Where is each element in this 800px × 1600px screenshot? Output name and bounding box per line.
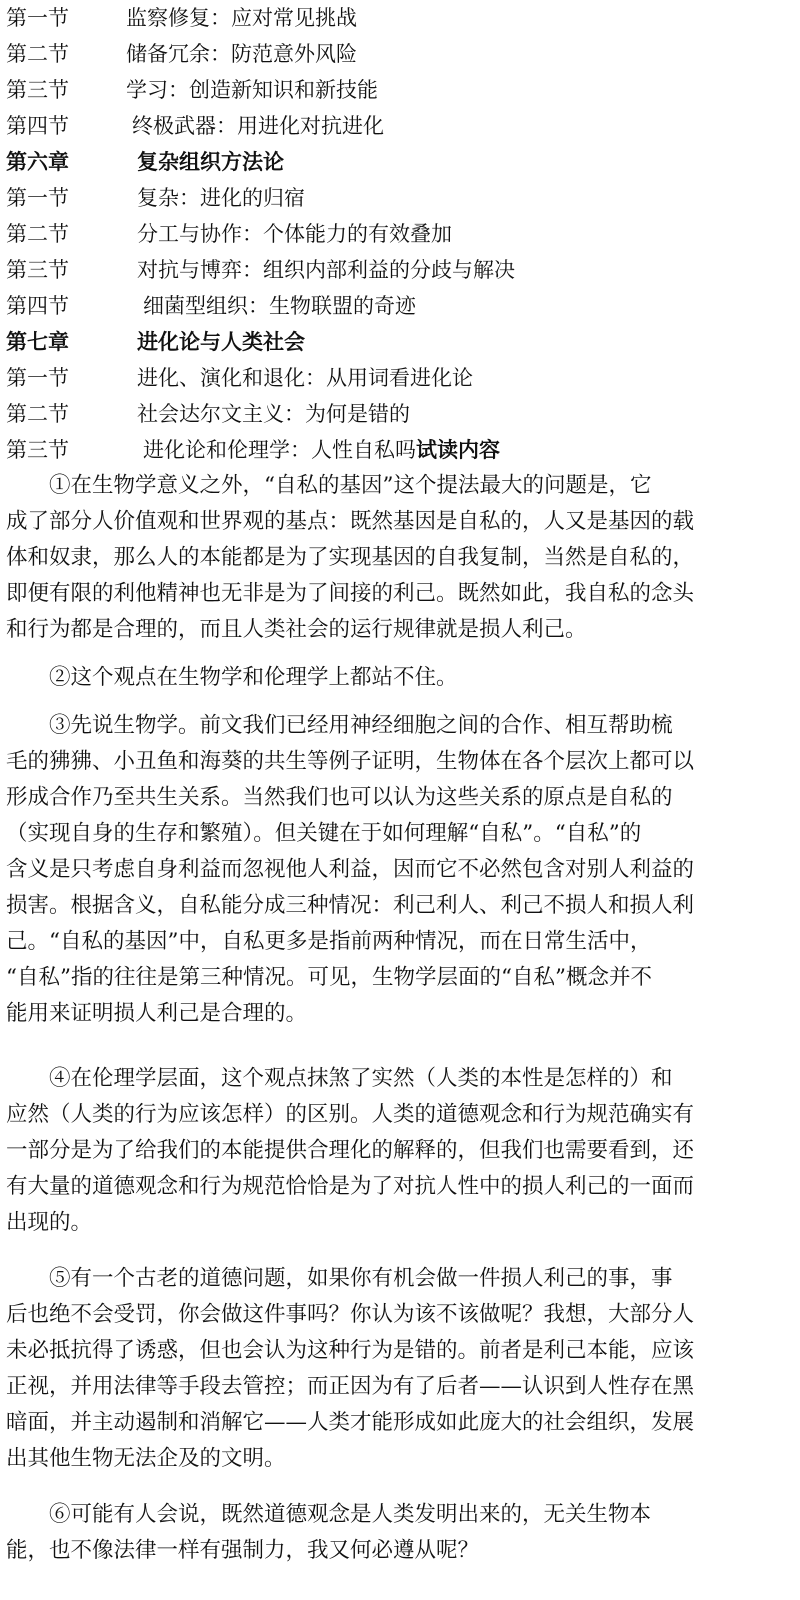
- paragraph-line: ⑤有一个古老的道德问题，如果你有机会做一件损人利己的事，事: [6, 1261, 786, 1297]
- paragraph-line: 后也绝不会受罚，你会做这件事吗？你认为该不该做呢？我想，大部分人: [6, 1297, 786, 1333]
- toc-section[interactable]: 第四节细菌型组织：生物联盟的奇迹: [6, 291, 796, 321]
- toc-title-text: 储备冗余：防范意外风险: [126, 42, 357, 66]
- toc-section[interactable]: 第四节终极武器：用进化对抗进化: [6, 111, 796, 141]
- paragraph: ⑥可能有人会说，既然道德观念是人类发明出来的，无关生物本能，也不像法律一样有强制…: [6, 1497, 786, 1569]
- toc-title-text: 进化、演化和退化：从用词看进化论: [137, 366, 473, 390]
- toc-number: 第三节: [6, 75, 69, 105]
- toc-number: 第六章: [6, 147, 69, 177]
- toc-section[interactable]: 第一节复杂：进化的归宿: [6, 183, 796, 213]
- toc-title: 复杂：进化的归宿: [137, 183, 305, 213]
- toc-number: 第二节: [6, 39, 69, 69]
- toc-number: 第一节: [6, 363, 69, 393]
- toc-title-text: 学习：创造新知识和新技能: [126, 78, 378, 102]
- toc-number: 第一节: [6, 3, 69, 33]
- toc-title-text: 进化论与人类社会: [137, 329, 305, 354]
- toc-title-text: 细菌型组织：生物联盟的奇迹: [143, 294, 416, 318]
- toc-number: 第二节: [6, 399, 69, 429]
- toc-section[interactable]: 第三节进化论和伦理学：人性自私吗试读内容: [6, 435, 796, 465]
- toc-title: 进化论和伦理学：人性自私吗试读内容: [143, 435, 500, 465]
- paragraph-line: 暗面，并主动遏制和消解它——人类才能形成如此庞大的社会组织，发展: [6, 1405, 786, 1441]
- toc-section[interactable]: 第一节监察修复：应对常见挑战: [6, 3, 796, 33]
- toc-title: 进化、演化和退化：从用词看进化论: [137, 363, 473, 393]
- paragraph-line: 形成合作乃至共生关系。当然我们也可以认为这些关系的原点是自私的: [6, 780, 786, 816]
- toc-title: 监察修复：应对常见挑战: [126, 3, 357, 33]
- toc-chapter[interactable]: 第七章进化论与人类社会: [6, 327, 796, 357]
- paragraph-line: ④在伦理学层面，这个观点抹煞了实然（人类的本性是怎样的）和: [6, 1061, 786, 1097]
- paragraph: ④在伦理学层面，这个观点抹煞了实然（人类的本性是怎样的）和应然（人类的行为应该怎…: [6, 1061, 786, 1241]
- paragraph-line: （实现自身的生存和繁殖）。但关键在于如何理解“自私”。“自私”的: [6, 816, 786, 852]
- paragraph-line: ①在生物学意义之外，“自私的基因”这个提法最大的问题是，它: [6, 468, 786, 504]
- toc-title: 学习：创造新知识和新技能: [126, 75, 378, 105]
- toc-title: 储备冗余：防范意外风险: [126, 39, 357, 69]
- paragraph-line: 成了部分人价值观和世界观的基点：既然基因是自私的，人又是基因的载: [6, 504, 786, 540]
- toc-title-text: 复杂：进化的归宿: [137, 186, 305, 210]
- toc-title-text: 监察修复：应对常见挑战: [126, 6, 357, 30]
- paragraph: ⑤有一个古老的道德问题，如果你有机会做一件损人利己的事，事后也绝不会受罚，你会做…: [6, 1261, 786, 1477]
- paragraph-line: 损害。根据含义，自私能分成三种情况：利己利人、利己不损人和损人利: [6, 888, 786, 924]
- toc-title-text: 复杂组织方法论: [137, 149, 284, 174]
- paragraph-line: 未必抵抗得了诱惑，但也会认为这种行为是错的。前者是利己本能，应该: [6, 1333, 786, 1369]
- toc-title-text: 分工与协作：个体能力的有效叠加: [137, 222, 452, 246]
- toc-title: 社会达尔文主义：为何是错的: [137, 399, 410, 429]
- toc-title: 分工与协作：个体能力的有效叠加: [137, 219, 452, 249]
- paragraph-line: 含义是只考虑自身利益而忽视他人利益，因而它不必然包含对别人利益的: [6, 852, 786, 888]
- toc-title: 终极武器：用进化对抗进化: [132, 111, 384, 141]
- paragraph-line: 毛的狒狒、小丑鱼和海葵的共生等例子证明，生物体在各个层次上都可以: [6, 744, 786, 780]
- toc-number: 第四节: [6, 291, 69, 321]
- toc-title: 对抗与博弈：组织内部利益的分歧与解决: [137, 255, 515, 285]
- paragraph: ②这个观点在生物学和伦理学上都站不住。: [6, 660, 786, 696]
- paragraph-line: 即便有限的利他精神也无非是为了间接的利己。既然如此，我自私的念头: [6, 576, 786, 612]
- paragraph-line: 和行为都是合理的，而且人类社会的运行规律就是损人利己。: [6, 612, 786, 648]
- toc-section[interactable]: 第三节学习：创造新知识和新技能: [6, 75, 796, 105]
- paragraph: ③先说生物学。前文我们已经用神经细胞之间的合作、相互帮助梳毛的狒狒、小丑鱼和海葵…: [6, 708, 786, 1032]
- toc-number: 第三节: [6, 435, 69, 465]
- paragraph: ①在生物学意义之外，“自私的基因”这个提法最大的问题是，它成了部分人价值观和世界…: [6, 468, 786, 648]
- toc-number: 第一节: [6, 183, 69, 213]
- toc-section[interactable]: 第二节社会达尔文主义：为何是错的: [6, 399, 796, 429]
- paragraph-line: ⑥可能有人会说，既然道德观念是人类发明出来的，无关生物本: [6, 1497, 786, 1533]
- toc-number: 第三节: [6, 255, 69, 285]
- toc-number: 第四节: [6, 111, 69, 141]
- paragraph-line: 己。“自私的基因”中，自私更多是指前两种情况，而在日常生活中，: [6, 924, 786, 960]
- toc-title: 细菌型组织：生物联盟的奇迹: [143, 291, 416, 321]
- toc-title-text: 终极武器：用进化对抗进化: [132, 114, 384, 138]
- trial-read-tag[interactable]: 试读内容: [416, 437, 500, 462]
- paragraph-line: 能用来证明损人利己是合理的。: [6, 996, 786, 1032]
- paragraph-line: “自私”指的往往是第三种情况。可见，生物学层面的“自私”概念并不: [6, 960, 786, 996]
- paragraph-line: 出其他生物无法企及的文明。: [6, 1441, 786, 1477]
- toc-title-text: 社会达尔文主义：为何是错的: [137, 402, 410, 426]
- toc-number: 第二节: [6, 219, 69, 249]
- toc-chapter[interactable]: 第六章复杂组织方法论: [6, 147, 796, 177]
- toc-section[interactable]: 第三节对抗与博弈：组织内部利益的分歧与解决: [6, 255, 796, 285]
- paragraph-line: 应然（人类的行为应该怎样）的区别。人类的道德观念和行为规范确实有: [6, 1097, 786, 1133]
- paragraph-line: 有大量的道德观念和行为规范恰恰是为了对抗人性中的损人利己的一面而: [6, 1169, 786, 1205]
- paragraph-line: ③先说生物学。前文我们已经用神经细胞之间的合作、相互帮助梳: [6, 708, 786, 744]
- paragraph-line: 体和奴隶，那么人的本能都是为了实现基因的自我复制，当然是自私的，: [6, 540, 786, 576]
- toc-section[interactable]: 第二节分工与协作：个体能力的有效叠加: [6, 219, 796, 249]
- toc-section[interactable]: 第一节进化、演化和退化：从用词看进化论: [6, 363, 796, 393]
- toc-title: 复杂组织方法论: [137, 147, 284, 177]
- paragraph-line: 能，也不像法律一样有强制力，我又何必遵从呢？: [6, 1533, 786, 1569]
- toc-title-text: 进化论和伦理学：人性自私吗: [143, 438, 416, 462]
- paragraph-line: 出现的。: [6, 1205, 786, 1241]
- paragraph-line: 正视，并用法律等手段去管控；而正因为有了后者——认识到人性存在黑: [6, 1369, 786, 1405]
- toc-number: 第七章: [6, 327, 69, 357]
- toc-title: 进化论与人类社会: [137, 327, 305, 357]
- paragraph-line: ②这个观点在生物学和伦理学上都站不住。: [6, 660, 786, 696]
- toc-section[interactable]: 第二节储备冗余：防范意外风险: [6, 39, 796, 69]
- toc-title-text: 对抗与博弈：组织内部利益的分歧与解决: [137, 258, 515, 282]
- paragraph-line: 一部分是为了给我们的本能提供合理化的解释的，但我们也需要看到，还: [6, 1133, 786, 1169]
